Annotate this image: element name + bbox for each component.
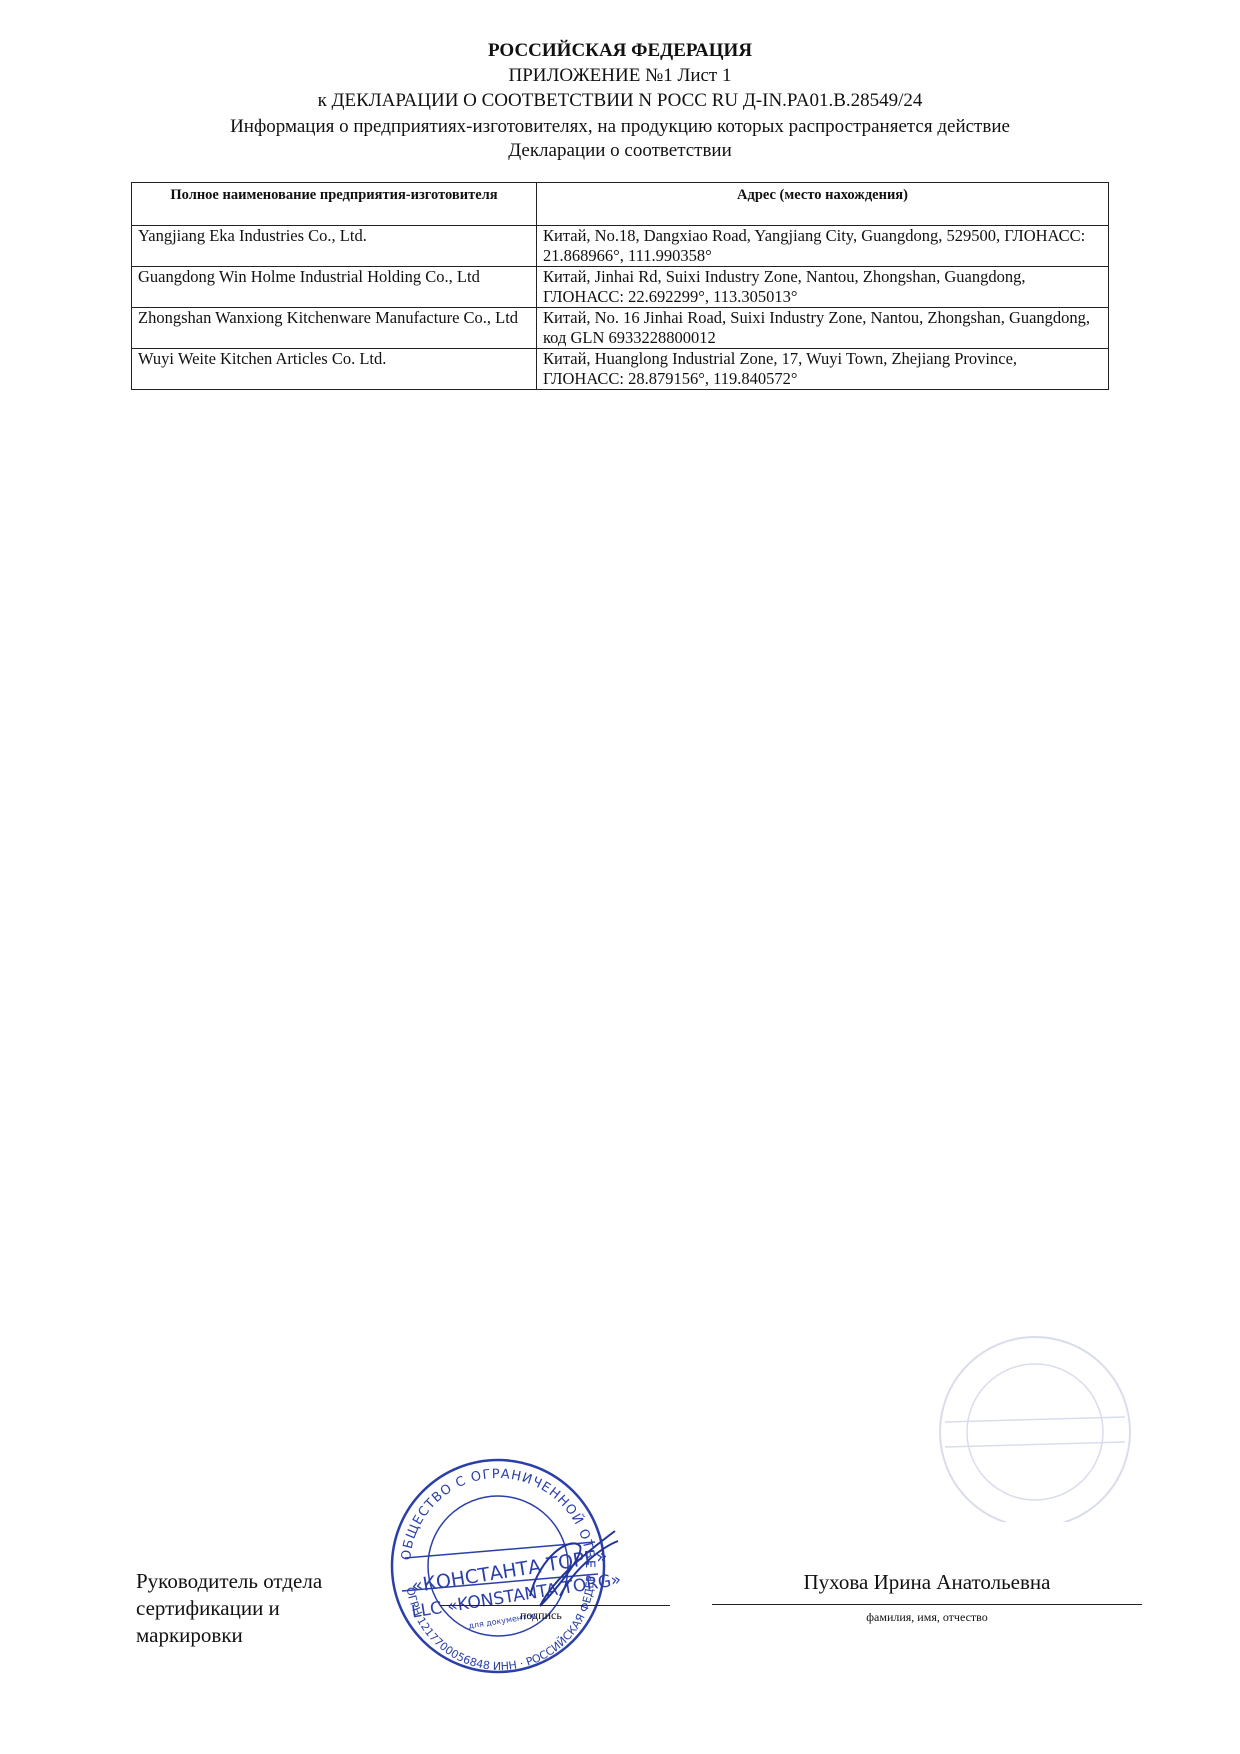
company-seal-stamp: ОБЩЕСТВО С ОГРАНИЧЕННОЙ ОТВЕТСТВЕННОСТЬЮ… <box>380 1446 620 1678</box>
signature-line <box>440 1605 670 1606</box>
manufacturer-address: Китай, Jinhai Rd, Suixi Industry Zone, N… <box>537 267 1109 308</box>
signature-label: подпись <box>520 1608 562 1623</box>
column-header-address: Адрес (место нахождения) <box>537 183 1109 226</box>
role-line-2: сертификации и <box>136 1595 322 1622</box>
manufacturer-address: Китай, No.18, Dangxiao Road, Yangjiang C… <box>537 226 1109 267</box>
declaration-number: к ДЕКЛАРАЦИИ О СООТВЕТСТВИИ N РОСС RU Д-… <box>0 90 1240 112</box>
signatory-role: Руководитель отдела сертификации и марки… <box>136 1568 322 1649</box>
role-line-1: Руководитель отдела <box>136 1568 322 1595</box>
country-heading: РОССИЙСКАЯ ФЕДЕРАЦИЯ <box>0 40 1240 62</box>
info-line-1: Информация о предприятиях-изготовителях,… <box>0 116 1240 138</box>
table-header-row: Полное наименование предприятия-изготови… <box>132 183 1109 226</box>
table-row: Guangdong Win Holme Industrial Holding C… <box>132 267 1109 308</box>
manufacturer-name: Wuyi Weite Kitchen Articles Co. Ltd. <box>132 349 537 390</box>
column-header-name: Полное наименование предприятия-изготови… <box>132 183 537 226</box>
name-label: фамилия, имя, отчество <box>712 1610 1142 1625</box>
manufacturers-table: Полное наименование предприятия-изготови… <box>131 182 1109 390</box>
table-row: Wuyi Weite Kitchen Articles Co. Ltd. Кит… <box>132 349 1109 390</box>
manufacturer-address: Китай, No. 16 Jinhai Road, Suixi Industr… <box>537 308 1109 349</box>
manufacturer-name: Yangjiang Eka Industries Co., Ltd. <box>132 226 537 267</box>
appendix-heading: ПРИЛОЖЕНИЕ №1 Лист 1 <box>0 65 1240 87</box>
manufacturer-name: Zhongshan Wanxiong Kitchenware Manufactu… <box>132 308 537 349</box>
name-line <box>712 1604 1142 1605</box>
manufacturer-address: Китай, Huanglong Industrial Zone, 17, Wu… <box>537 349 1109 390</box>
signatory-name: Пухова Ирина Анатольевна <box>712 1570 1142 1595</box>
table-row: Yangjiang Eka Industries Co., Ltd. Китай… <box>132 226 1109 267</box>
info-line-2: Декларации о соответствии <box>0 140 1240 162</box>
role-line-3: маркировки <box>136 1622 322 1649</box>
faded-stamp-imprint <box>925 1322 1135 1522</box>
manufacturer-name: Guangdong Win Holme Industrial Holding C… <box>132 267 537 308</box>
table-row: Zhongshan Wanxiong Kitchenware Manufactu… <box>132 308 1109 349</box>
